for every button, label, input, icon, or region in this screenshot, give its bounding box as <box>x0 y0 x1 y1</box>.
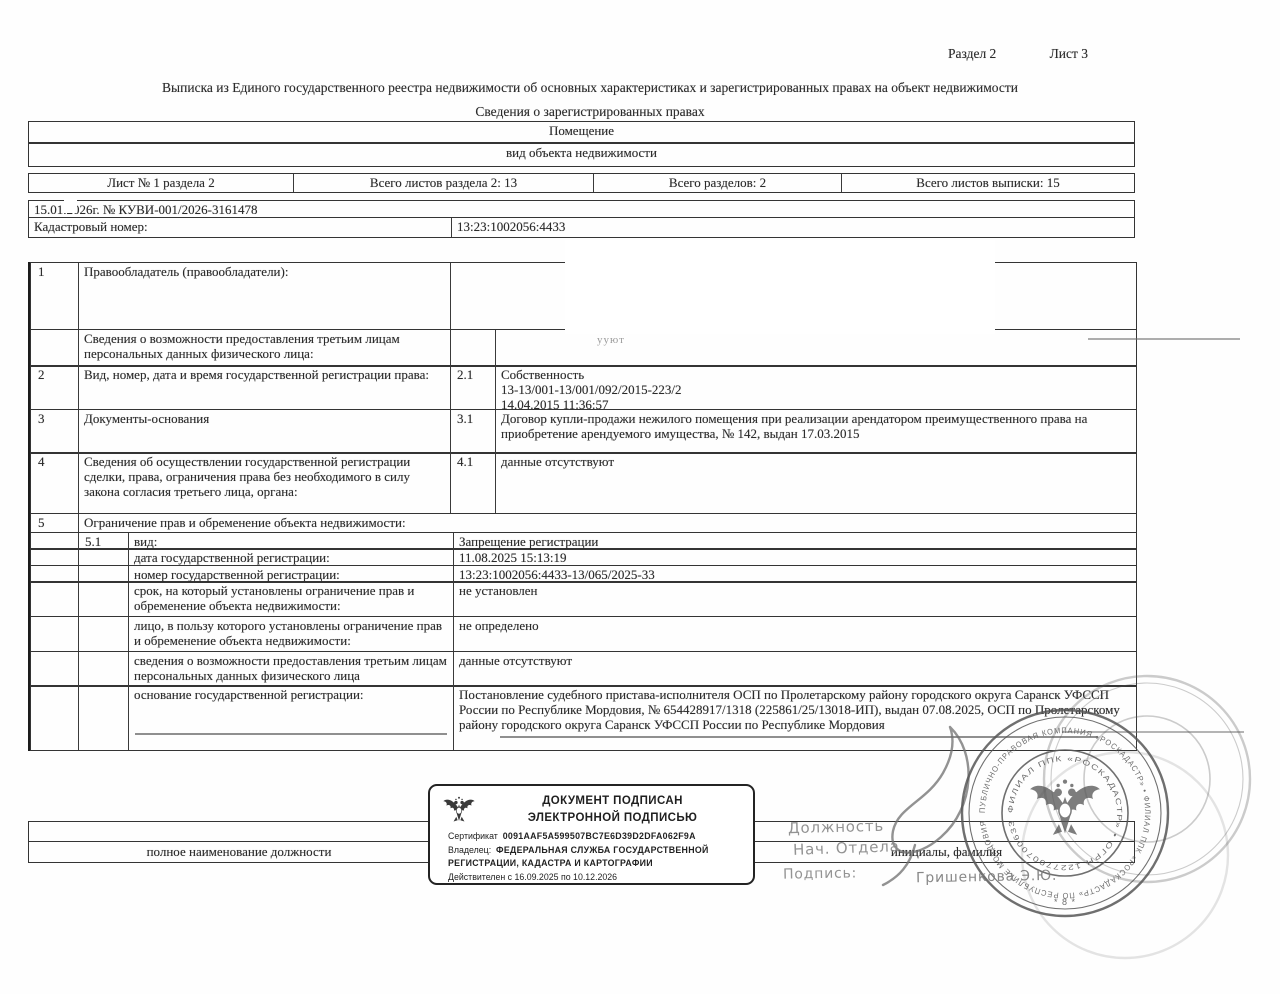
table-row: номер государственной регистрации: 13:23… <box>30 565 1137 583</box>
stamp-eagle-icon <box>1030 780 1100 835</box>
row-number <box>31 566 78 582</box>
row-label: Вид, номер, дата и время государственной… <box>78 366 450 409</box>
row-number: 2 <box>31 366 78 409</box>
stamp-bottom-mark: * 8 * <box>1054 897 1076 907</box>
esign-title-line1: ДОКУМЕНТ ПОДПИСАН <box>478 795 747 807</box>
sheet-info-cell: Лист № 1 раздела 2 <box>29 174 293 192</box>
value-line: 14.04.2015 11:36:57 <box>501 397 1131 409</box>
table-row: дата государственной регистрации: 11.08.… <box>30 548 1137 566</box>
sheet-info-cell: Всего разделов: 2 <box>593 174 841 192</box>
row-value: Договор купли-продажи нежилого помещения… <box>495 410 1136 453</box>
row-value: Собственность 13-13/001-13/001/092/2015-… <box>495 366 1136 409</box>
esign-stamp-box: ДОКУМЕНТ ПОДПИСАН ЭЛЕКТРОННОЙ ПОДПИСЬЮ С… <box>428 784 755 885</box>
redaction-box <box>565 240 995 334</box>
row-label: сведения о возможности предоставления тр… <box>128 652 453 686</box>
row-subnumber <box>78 686 128 750</box>
row-label: основание государственной регистрации: <box>128 686 453 750</box>
row-subnumber: 3.1 <box>450 410 495 453</box>
value-line: Собственность <box>501 367 1131 382</box>
row-number: 5 <box>31 514 78 532</box>
row-value: 11.08.2025 15:13:19 <box>453 549 1136 565</box>
cadastral-number-row: Кадастровый номер: 13:23:1002056:4433 <box>28 217 1135 238</box>
table-row: Сведения о возможности предоставления тр… <box>30 329 1137 367</box>
esign-validity: Действителен с 16.09.2025 по 10.12.2026 <box>448 872 747 882</box>
table-row: 2 Вид, номер, дата и время государственн… <box>30 365 1137 410</box>
row-label: Ограничение прав и обременение объекта н… <box>78 514 1136 532</box>
row-label: номер государственной регистрации: <box>128 566 453 582</box>
row-number <box>31 617 78 651</box>
row-value: не установлен <box>453 582 1136 616</box>
row-label: Правообладатель (правообладатели): <box>78 263 450 329</box>
object-header-table: Помещение вид объекта недвижимости Лист … <box>28 121 1135 238</box>
redaction-smudge <box>64 199 77 213</box>
object-type-row: Помещение <box>28 121 1135 143</box>
coat-of-arms-icon <box>442 794 476 826</box>
row-subnumber <box>78 582 128 616</box>
owner-label: Владелец: <box>448 845 491 855</box>
table-row: лицо, в пользу которого установлены огра… <box>30 616 1137 652</box>
row-number <box>31 549 78 565</box>
row-number: 1 <box>31 263 78 329</box>
table-row: 5 Ограничение прав и обременение объекта… <box>30 513 1137 533</box>
redacted-text-fragment: ууют <box>597 334 625 346</box>
esign-owner-line: Владелец: ФЕДЕРАЛЬНАЯ СЛУЖБА ГОСУДАРСТВЕ… <box>448 845 747 855</box>
value-line: 13-13/001-13/001/092/2015-223/2 <box>501 382 1131 397</box>
row-subnumber: 4.1 <box>450 453 495 513</box>
sheet-info-cell: Всего листов раздела 2: 13 <box>293 174 593 192</box>
sheet-info-row: Лист № 1 раздела 2 Всего листов раздела … <box>28 173 1135 193</box>
row-value-redacted <box>495 330 1136 366</box>
section-label: Раздел 2 <box>948 46 996 62</box>
row-value: 13:23:1002056:4433-13/065/2025-33 <box>453 566 1136 582</box>
cadastral-number-label: Кадастровый номер: <box>29 218 451 237</box>
row-label: Документы-основания <box>78 410 450 453</box>
extract-date-number-row: 15.01.2026г. № КУВИ-001/2026-3161478 <box>28 200 1135 218</box>
row-label: вид: <box>128 533 453 549</box>
table-row: срок, на который установлены ограничение… <box>30 581 1137 617</box>
row-value: Запрещение регистрации <box>453 533 1136 549</box>
page-subtitle: Сведения о зарегистрированных правах <box>35 104 1145 120</box>
row-subnumber: 2.1 <box>450 366 495 409</box>
row-value: данные отсутствуют <box>495 453 1136 513</box>
sheet-info-cell: Всего листов выписки: 15 <box>841 174 1134 192</box>
row-label: лицо, в пользу которого установлены огра… <box>128 617 453 651</box>
row-subnumber <box>78 549 128 565</box>
handwritten-position: Нач. Отдела <box>793 837 900 859</box>
handwritten-name: Гришенкова Э.Ю. <box>916 868 1057 886</box>
row-number <box>31 686 78 750</box>
esign-certificate-line: Сертификат 0091AAF5A599507BC7E6D39D2DFA0… <box>448 831 747 841</box>
row-number <box>31 582 78 616</box>
round-seal-stamp: ПУБЛИЧНО-ПРАВОВАЯ КОМПАНИЯ «РОСКАДАСТР» … <box>925 668 1280 994</box>
row-number <box>31 330 78 366</box>
row-label: Сведения о возможности предоставления тр… <box>78 330 450 366</box>
cadastral-number-value: 13:23:1002056:4433 <box>451 218 1134 237</box>
object-type-caption: вид объекта недвижимости <box>29 144 1134 166</box>
esign-title-line2: ЭЛЕКТРОННОЙ ПОДПИСЬЮ <box>478 812 747 824</box>
row-subnumber <box>450 330 495 366</box>
object-type: Помещение <box>29 122 1134 142</box>
owner-value-line2: РЕГИСТРАЦИИ, КАДАСТРА И КАРТОГРАФИИ <box>448 858 653 868</box>
sheet-label: Лист 3 <box>1050 46 1088 62</box>
row-subnumber: 5.1 <box>78 533 128 549</box>
handwritten-position-label: Должность <box>788 817 884 838</box>
object-type-caption-row: вид объекта недвижимости <box>28 143 1135 167</box>
handwritten-signature-label: Подпись: <box>783 865 857 882</box>
position-caption: полное наименование должности <box>59 844 419 860</box>
owner-value-line1: ФЕДЕРАЛЬНАЯ СЛУЖБА ГОСУДАРСТВЕННОЙ <box>496 845 709 855</box>
row-label: Сведения об осуществлении государственно… <box>78 453 450 513</box>
row-value: не определено <box>453 617 1136 651</box>
esign-owner-line2: РЕГИСТРАЦИИ, КАДАСТРА И КАРТОГРАФИИ <box>448 858 747 868</box>
row-number <box>31 652 78 686</box>
egrn-extract-document: Раздел 2 Лист 3 Выписка из Единого госуд… <box>0 0 1280 994</box>
row-number: 3 <box>31 410 78 453</box>
row-subnumber <box>78 617 128 651</box>
row-subnumber <box>78 652 128 686</box>
row-label: срок, на который установлены ограничение… <box>128 582 453 616</box>
row-subnumber <box>78 566 128 582</box>
section-sheet-labels: Раздел 2 Лист 3 <box>948 46 1088 62</box>
table-row: 4 Сведения об осуществлении государствен… <box>30 452 1137 514</box>
row-label: дата государственной регистрации: <box>128 549 453 565</box>
page-title: Выписка из Единого государственного реес… <box>35 80 1145 96</box>
extract-date-number: 15.01.2026г. № КУВИ-001/2026-3161478 <box>29 201 1134 217</box>
certificate-label: Сертификат <box>448 831 498 841</box>
scan-artifact-line <box>1088 338 1240 340</box>
certificate-value: 0091AAF5A599507BC7E6D39D2DFA062F9A <box>503 831 696 841</box>
table-row: 3 Документы-основания 3.1 Договор купли-… <box>30 409 1137 454</box>
strikethrough-artifact <box>135 733 447 735</box>
row-number <box>31 533 78 549</box>
row-number: 4 <box>31 453 78 513</box>
table-row: 5.1 вид: Запрещение регистрации <box>30 532 1137 550</box>
